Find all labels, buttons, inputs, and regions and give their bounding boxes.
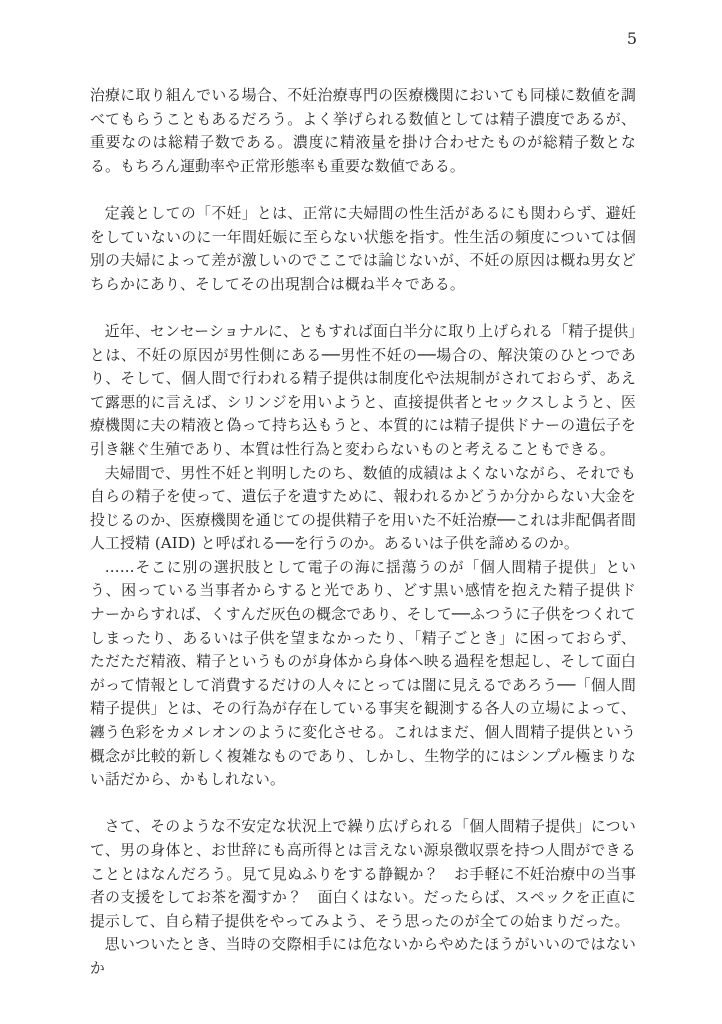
page-number: 5 [627,31,637,47]
page: 5 治療に取り組んでいる場合、不妊治療専門の医療機関においても同様に数値を調べて… [0,0,722,1024]
document-page-background: { "page": { "number": "5", "paragraphs":… [0,0,722,1024]
paragraph-treatment-values: 治療に取り組んでいる場合、不妊治療専門の医療機関においても同様に数値を調べてもら… [90,84,636,178]
paragraph-sperm-donation-overview: 近年、センセーショナルに、ともすれば面白半分に取り上げられる「精子提供」とは、不… [90,320,636,462]
body-text: 治療に取り組んでいる場合、不妊治療専門の医療機関においても同様に数値を調べてもら… [90,84,636,981]
paragraph-closing-line: 思いついたとき、当時の交際相手には危ないからやめたほうがいいのではないか [90,933,636,980]
paragraph-infertility-definition: 定義としての「不妊」とは、正常に夫婦間の性生活があるにも関わらず、避妊をしていな… [90,202,636,296]
paragraph-narrator-motivation: さて、そのような不安定な状況上で繰り広げられる「個人間精子提供」について、男の身… [90,815,636,933]
paragraph-private-donation-concept: ……そこに別の選択肢として電子の海に揺蕩うのが「個人間精子提供」という、困ってい… [90,556,636,792]
paragraph-couple-choices: 夫婦間で、男性不妊と判明したのち、数値的成績はよくないながら、それでも自らの精子… [90,462,636,556]
